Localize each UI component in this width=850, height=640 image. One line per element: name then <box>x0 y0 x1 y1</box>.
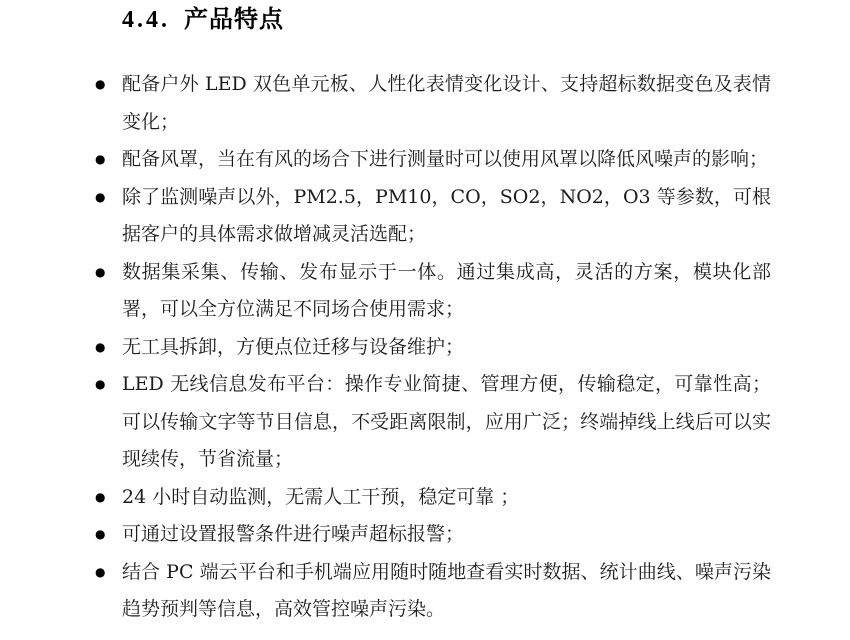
list-item-text: 除了监测噪声以外，PM2.5，PM10，CO，SO2，NO2，O3 等参数，可根… <box>122 179 771 254</box>
bullet-icon: ● <box>95 329 122 367</box>
bullet-icon: ● <box>95 66 122 104</box>
list-item: ● 配备风罩，当在有风的场合下进行测量时可以使用风罩以降低风噪声的影响； <box>95 141 771 179</box>
bullet-icon: ● <box>95 516 122 554</box>
bullet-icon: ● <box>95 254 122 292</box>
list-item-text: 无工具拆卸，方便点位迁移与设备维护； <box>122 329 771 367</box>
list-item: ● LED 无线信息发布平台：操作专业简捷、管理方便，传输稳定，可靠性高；可以传… <box>95 366 771 479</box>
list-item-text: 配备户外 LED 双色单元板、人性化表情变化设计、支持超标数据变色及表情变化； <box>122 66 771 141</box>
list-item: ● 结合 PC 端云平台和手机端应用随时随地查看实时数据、统计曲线、噪声污染趋势… <box>95 554 771 629</box>
bullet-icon: ● <box>95 141 122 179</box>
section-number: 4.4. <box>122 7 170 33</box>
list-item: ● 配备户外 LED 双色单元板、人性化表情变化设计、支持超标数据变色及表情变化… <box>95 66 771 141</box>
list-item: ● 可通过设置报警条件进行噪声超标报警； <box>95 516 771 554</box>
document-page: 4.4.产品特点 ● 配备户外 LED 双色单元板、人性化表情变化设计、支持超标… <box>0 0 850 640</box>
list-item: ● 24 小时自动监测，无需人工干预，稳定可靠 ； <box>95 479 771 517</box>
list-item-text: 结合 PC 端云平台和手机端应用随时随地查看实时数据、统计曲线、噪声污染趋势预判… <box>122 554 771 629</box>
bullet-icon: ● <box>95 366 122 404</box>
feature-list: ● 配备户外 LED 双色单元板、人性化表情变化设计、支持超标数据变色及表情变化… <box>95 66 771 629</box>
list-item-text: LED 无线信息发布平台：操作专业简捷、管理方便，传输稳定，可靠性高；可以传输文… <box>122 366 771 479</box>
list-item-text: 数据集采集、传输、发布显示于一体。通过集成高，灵活的方案，模块化部署，可以全方位… <box>122 254 771 329</box>
list-item: ● 除了监测噪声以外，PM2.5，PM10，CO，SO2，NO2，O3 等参数，… <box>95 179 771 254</box>
bullet-icon: ● <box>95 179 122 217</box>
list-item: ● 数据集采集、传输、发布显示于一体。通过集成高，灵活的方案，模块化部署，可以全… <box>95 254 771 329</box>
list-item-text: 可通过设置报警条件进行噪声超标报警； <box>122 516 771 554</box>
list-item: ● 无工具拆卸，方便点位迁移与设备维护； <box>95 329 771 367</box>
list-item-text: 配备风罩，当在有风的场合下进行测量时可以使用风罩以降低风噪声的影响； <box>122 141 771 179</box>
list-item-text: 24 小时自动监测，无需人工干预，稳定可靠 ； <box>122 479 771 517</box>
bullet-icon: ● <box>95 554 122 592</box>
bullet-icon: ● <box>95 479 122 517</box>
section-heading: 4.4.产品特点 <box>122 2 284 37</box>
section-title: 产品特点 <box>184 5 284 33</box>
